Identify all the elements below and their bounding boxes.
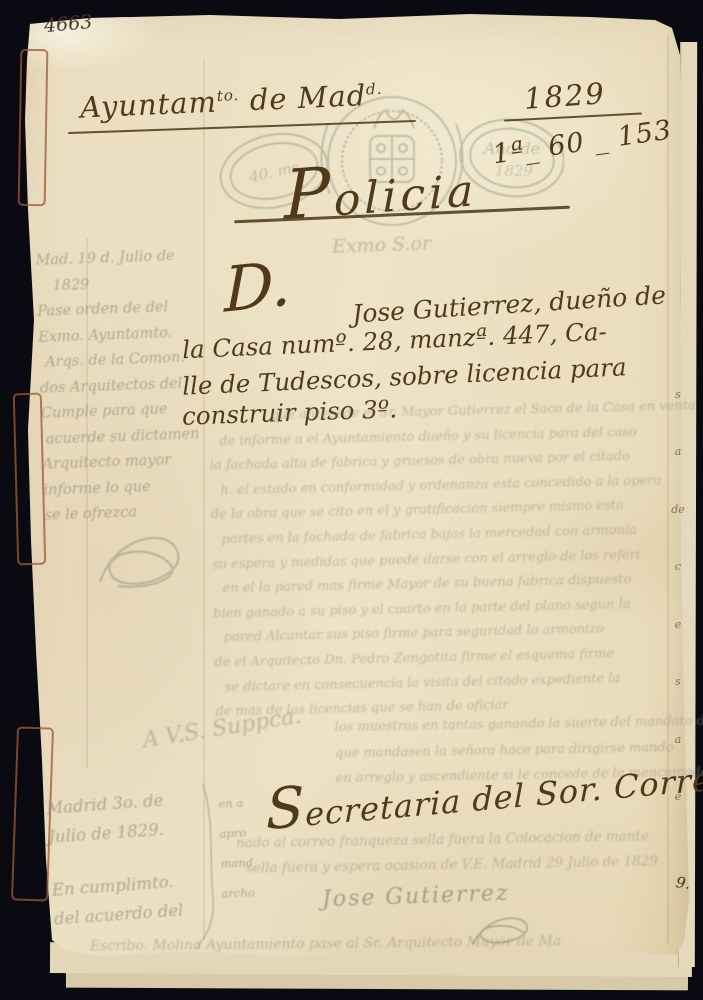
right-edge-marks: s a de c e s a e	[670, 388, 686, 803]
header-office-city: de Mad	[249, 78, 367, 117]
binding-stitch-top	[18, 49, 49, 206]
section-title: Policia	[284, 143, 477, 236]
margin-note: Mad. 19 d. Julio de 1829 Pase orden de d…	[35, 243, 205, 529]
edge-mark: e	[675, 790, 682, 803]
header-office-abbrev: to.	[216, 86, 239, 105]
dispatch-side-word: archo	[221, 877, 255, 908]
archive-number: 4663	[43, 11, 93, 37]
dispatch-bracket	[195, 782, 221, 952]
edge-mark: de	[671, 503, 685, 516]
salutation-showthrough: Exmo S.or	[332, 232, 432, 257]
edge-mark: a	[675, 733, 682, 746]
header-office-word: Ayuntam	[79, 85, 217, 125]
petition-initial: D.	[224, 252, 291, 321]
edge-mark: s	[675, 388, 681, 401]
edge-mark: e	[675, 618, 682, 631]
folio-number: 9.	[675, 873, 692, 893]
dispatch-note: Madrid 3o. de Julio de 1829. En cumplimt…	[45, 782, 219, 933]
manuscript-scan: 40. ms Año de 1829 4663 Ayuntamto. de Ma…	[0, 0, 703, 1000]
header-year: 1829	[523, 76, 607, 116]
edge-mark: c	[675, 560, 681, 573]
edge-mark: s	[675, 675, 681, 688]
dispatch-side-word: en a	[218, 787, 252, 818]
margin-rubric-flourish	[88, 520, 198, 610]
margin-note-line: acuerde su dictamen	[45, 422, 202, 453]
showthrough-body: que antecede el Sr. Mayor Gutierrez el S…	[208, 395, 695, 726]
edge-mark: a	[675, 445, 682, 458]
header-office-city-abbrev: d.	[366, 80, 383, 99]
